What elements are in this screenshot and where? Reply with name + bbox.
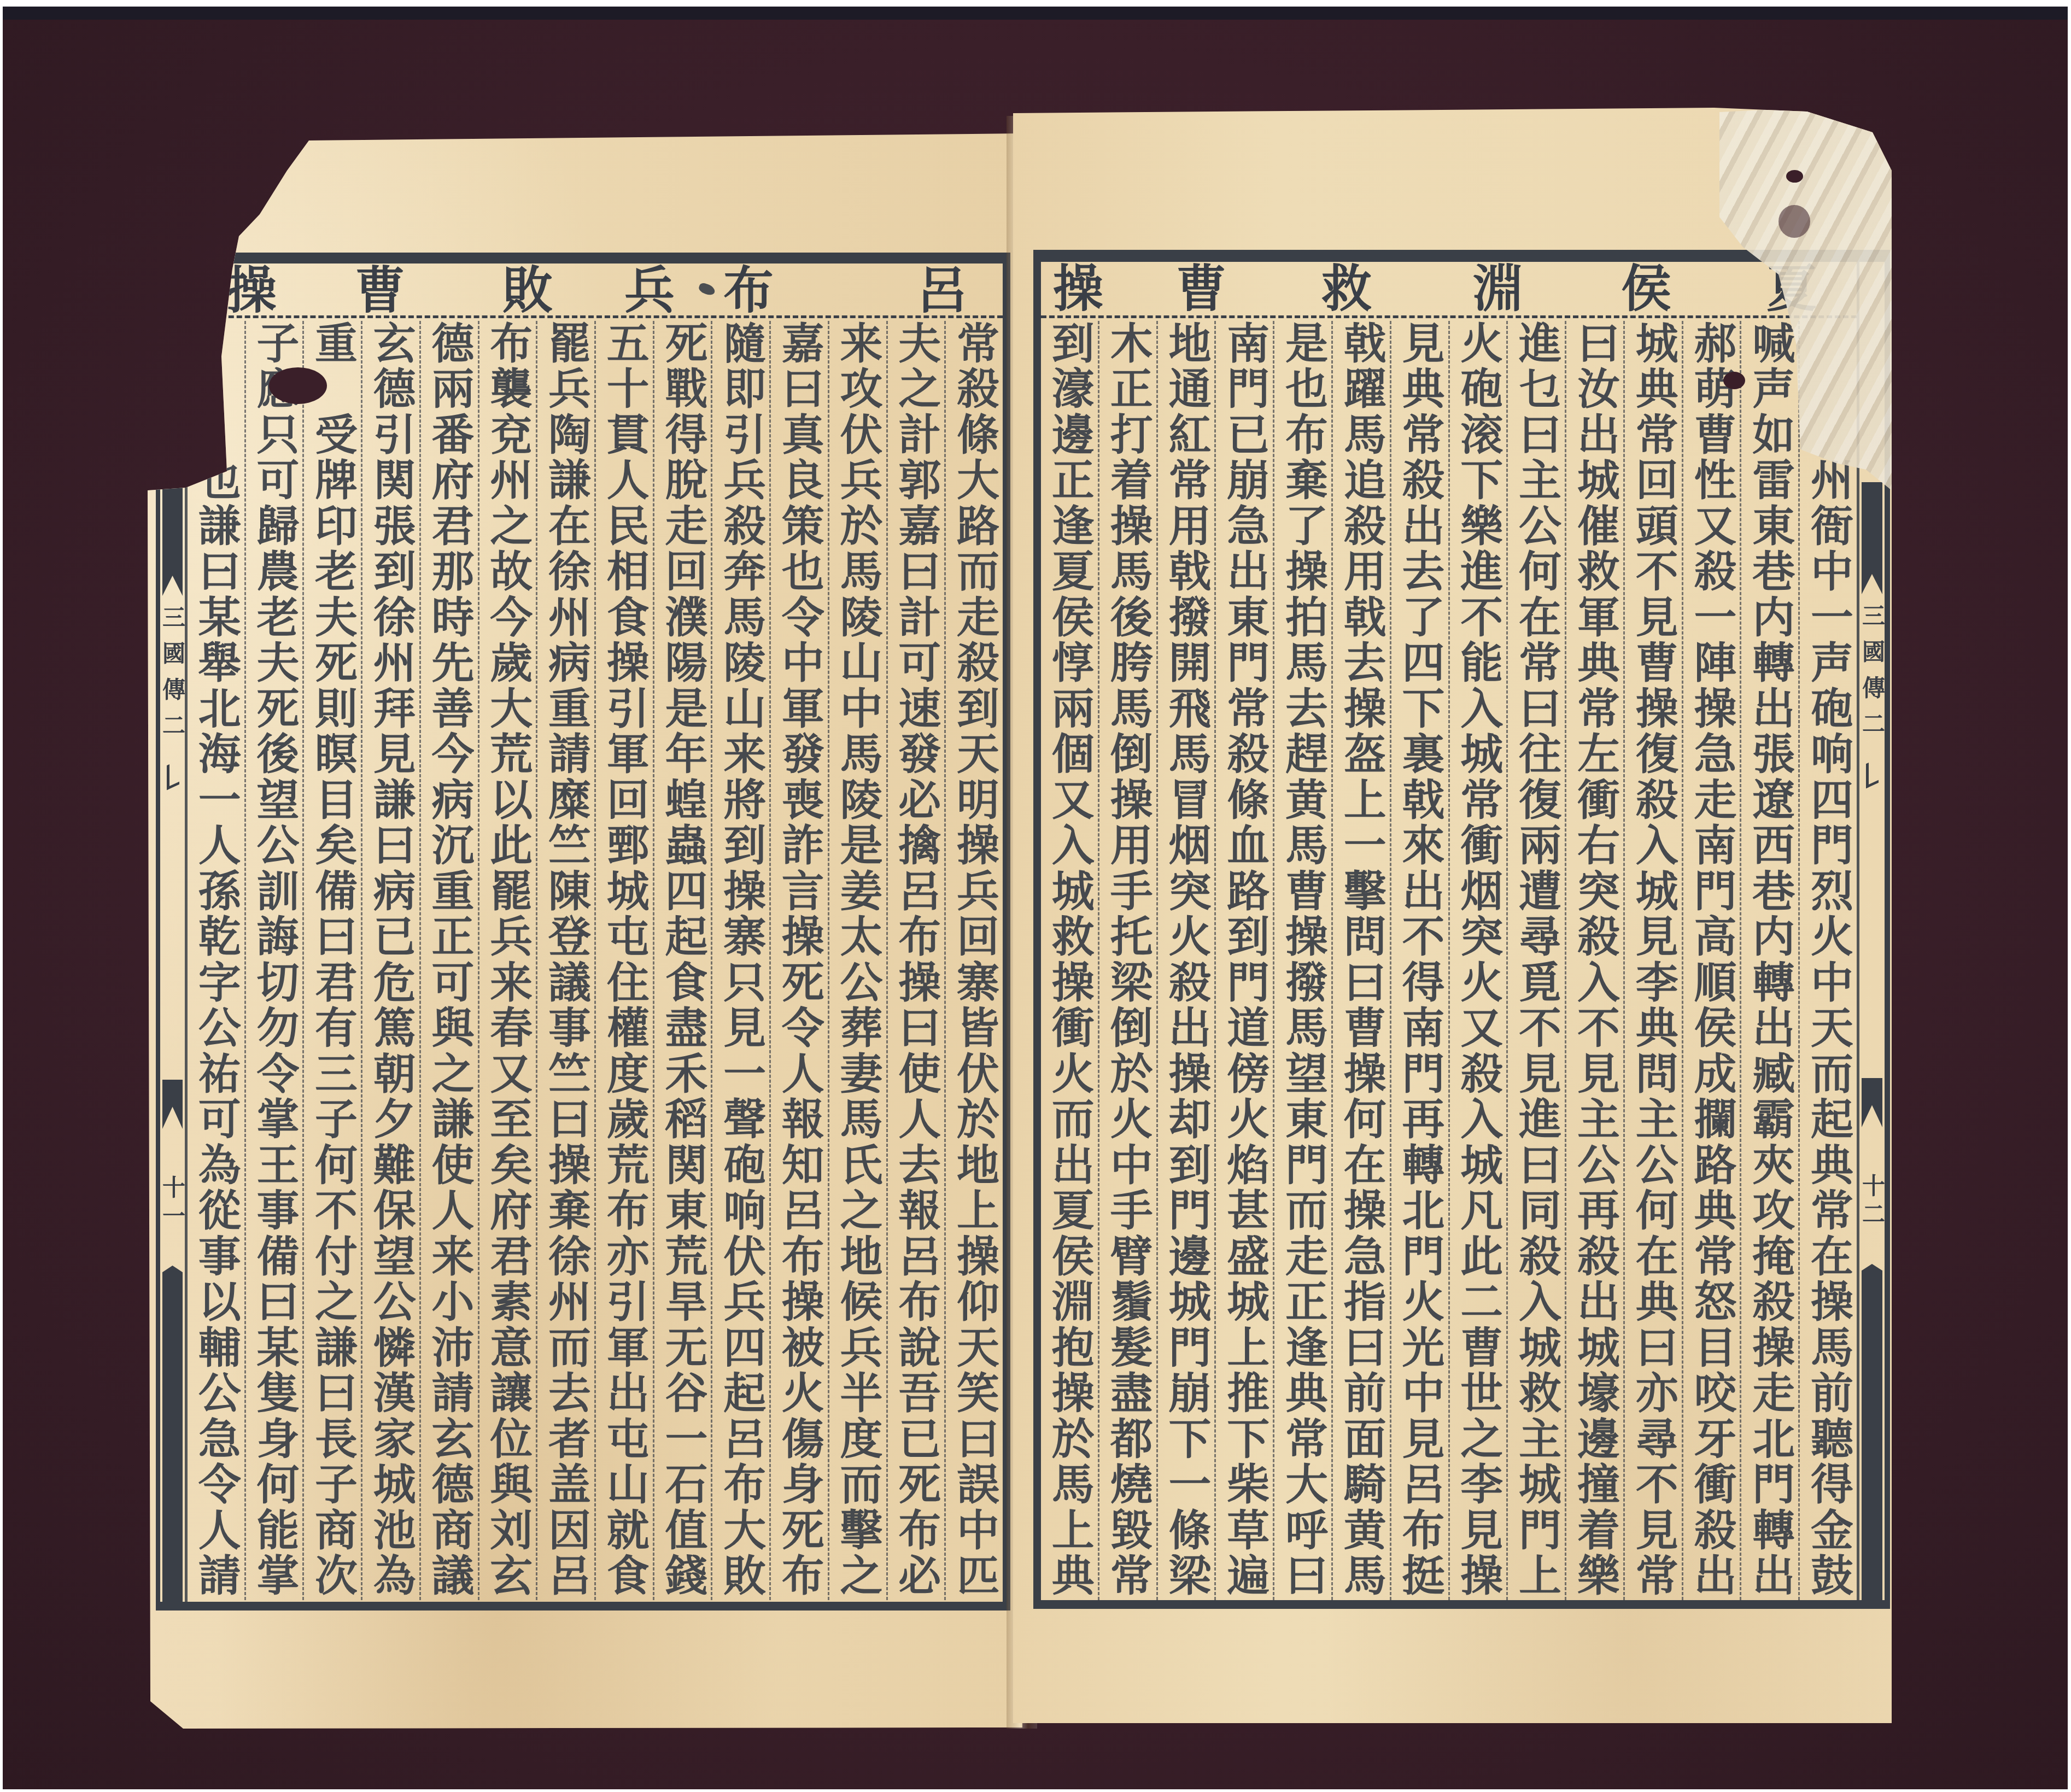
text-column: 郝萌曹性又殺一陣操急走南門高順侯成攔路典常怒目咬牙衝殺出	[1682, 321, 1740, 1600]
worm-hole	[269, 367, 327, 404]
scan-backdrop: 三國傳二 十一 呂 布 兵 敗 曹 操 常殺條大路而走殺到天明操兵回寨皆伏於地上…	[3, 7, 2068, 1789]
body-text: 常殺條大路而走殺到天明操兵回寨皆伏於地上操仰天笑曰誤中匹 夫之計郭嘉曰計可速發必…	[188, 321, 1003, 1600]
lower-black-mouth-mark	[1862, 1264, 1882, 1600]
heading-char: 侯	[1619, 262, 1674, 315]
text-column: 到濠邊正逢夏侯惇兩個又入城救操衝火而出夏侯淵抱操於馬上典	[1041, 321, 1098, 1600]
text-column: 常殺條大路而走殺到天明操兵回寨皆伏於地上操仰天笑曰誤中匹	[944, 321, 1003, 1600]
text-column: 地通紅常用戟撥開飛馬冒烟突火殺出操却到門邊城門崩下一條梁	[1156, 321, 1215, 1600]
fishtail-icon	[167, 760, 179, 790]
left-page: 三國傳二 十一 呂 布 兵 敗 曹 操 常殺條大路而走殺到天明操兵回寨皆伏於地上…	[148, 132, 1022, 1729]
text-column: 隨即引兵殺奔馬陵山来將到操寨只見一聲砲响伏兵四起呂布大敗	[711, 321, 769, 1600]
right-page: 夏 侯 淵 救 曹 操 州衙中一声砲响四門烈火中天而起典常在操馬前聽得金鼓 喊声…	[1013, 108, 1892, 1723]
text-column: 是也布棄了操拍馬去趕黄馬曹操撥馬望東門而走正逢典常大呼曰	[1273, 321, 1331, 1600]
text-column: 来攻伏兵於馬陵山中馬陵是姜太公葬妻馬氏之地候兵半度而擊之	[828, 321, 886, 1600]
text-column: 罷兵陶謙在徐州病重請糜竺陳登議事竺曰操棄徐州而去者盖因呂	[536, 321, 594, 1600]
heading-char: 救	[1319, 262, 1374, 315]
lower-fishtail-mark	[1862, 1078, 1882, 1127]
fishtail-icon	[1866, 758, 1879, 789]
fold-margin-column: 三國傳二 十二	[1859, 262, 1885, 1600]
chapter-heading: 夏 侯 淵 救 曹 操	[1041, 262, 1857, 318]
lower-fishtail-mark	[162, 1080, 183, 1129]
scanner-edge	[3, 7, 2068, 20]
heading-char: 敗	[500, 263, 555, 317]
body-text: 州衙中一声砲响四門烈火中天而起典常在操馬前聽得金鼓 喊声如雷東巷内轉出張遼西巷内…	[1041, 321, 1857, 1600]
text-column: 喊声如雷東巷内轉出張遼西巷内轉出臧霸夾攻掩殺操走北門轉出	[1740, 321, 1798, 1600]
text-column: 死戰得脫走回濮陽是年蝗蟲四起食盡禾稻関東荒旱无谷一石值錢	[653, 321, 711, 1600]
heading-char: 兵	[622, 263, 677, 317]
text-column: 木正打着操馬後胯馬倒操用手托梁倒於火中手臂鬚髮盡都燒毀常	[1098, 321, 1156, 1600]
text-column: 夫之計郭嘉曰計可速發必擒呂布操曰使人去報呂布說吾已死布必	[886, 321, 945, 1600]
text-column: 州衙中一声砲响四門烈火中天而起典常在操馬前聽得金鼓	[1798, 321, 1857, 1600]
text-column: 進乜曰主公何在常曰往復兩遭尋覓不見進曰同殺入城救主城門上	[1506, 321, 1565, 1600]
worm-hole	[1723, 372, 1745, 389]
text-column: 布襲兗州之故今歲大荒以此罷兵来春又至矣府君素意讓位與刘玄	[478, 321, 536, 1600]
text-column: 南門已崩急出東門常殺條血路到門道傍火焰甚盛城上推下柴草遍	[1214, 321, 1273, 1600]
page-number: 十一	[160, 1175, 185, 1235]
heading-char: 曹	[353, 263, 407, 317]
book-title: 三國傳二	[160, 605, 185, 758]
chapter-heading: 呂 布 兵 敗 曹 操	[188, 263, 1003, 318]
fold-margin-column: 三國傳二 十一	[160, 263, 185, 1602]
right-page-frame: 夏 侯 淵 救 曹 操 州衙中一声砲响四門烈火中天而起典常在操馬前聽得金鼓 喊声…	[1033, 250, 1890, 1609]
book-title: 三國傳二	[1859, 604, 1885, 757]
text-column: 也謙曰某舉北海一人孫乾字公祐可為從事以輔公急令人請	[188, 321, 244, 1600]
text-column: 見典常殺出去了四下裏戟來出不得南門再轉北門火光中見呂布挺	[1390, 321, 1448, 1600]
text-column: 德兩番府君那時先善今病沉重正可與之謙使人来小沛請玄德商議	[419, 321, 478, 1600]
heading-char: 呂	[915, 263, 969, 317]
worm-hole	[1786, 170, 1803, 183]
heading-char: 操	[1051, 262, 1105, 315]
heading-char: 夏	[1764, 262, 1819, 315]
text-column: 重 受牌印老夫死則瞑目矣備曰君有三子何不付之謙曰長子商次	[302, 321, 361, 1600]
text-column: 火砲滚下樂進不能入城常衝烟突火又殺入城凡此二曹世之李見操	[1448, 321, 1507, 1600]
upper-black-mouth-mark	[162, 484, 183, 596]
heading-char: 操	[224, 263, 279, 317]
heading-char: 淵	[1471, 262, 1525, 315]
heading-char: 曹	[1174, 262, 1228, 315]
worm-hole	[1779, 205, 1810, 238]
text-column: 嘉曰真良策也令中軍發喪詐言操死令人報知呂布操被火傷身死布	[769, 321, 828, 1600]
text-column: 玄德引関張到徐州拜見謙曰病已危篤朝夕難保望公憐漢家城池為	[361, 321, 419, 1600]
lower-black-mouth-mark	[162, 1266, 183, 1602]
text-column: 曰汝出城催救軍典常左衝右突殺入不見主公再殺出城壕邊撞着樂	[1565, 321, 1623, 1600]
left-page-frame: 三國傳二 十一 呂 布 兵 敗 曹 操 常殺條大路而走殺到天明操兵回寨皆伏於地上…	[156, 253, 1010, 1611]
page-number: 十二	[1859, 1174, 1885, 1234]
text-column: 五十貫人民相食操引軍回鄄城屯住權度歲荒布亦引軍出屯山就食	[594, 321, 653, 1600]
upper-black-mouth-mark	[1862, 482, 1882, 594]
ink-blot	[698, 282, 716, 296]
text-column: 戟躍馬追殺用戟去操盔上一擊問曰曹操何在操急指曰前面騎黄馬	[1331, 321, 1390, 1600]
heading-char: 布	[721, 263, 776, 317]
text-column: 子應只可歸農老夫死後望公訓誨切勿令掌王事備曰某隻身何能掌	[244, 321, 303, 1600]
text-column: 城典常回頭不見曹操復殺入城見李典問主公何在典曰亦尋不見常	[1623, 321, 1682, 1600]
